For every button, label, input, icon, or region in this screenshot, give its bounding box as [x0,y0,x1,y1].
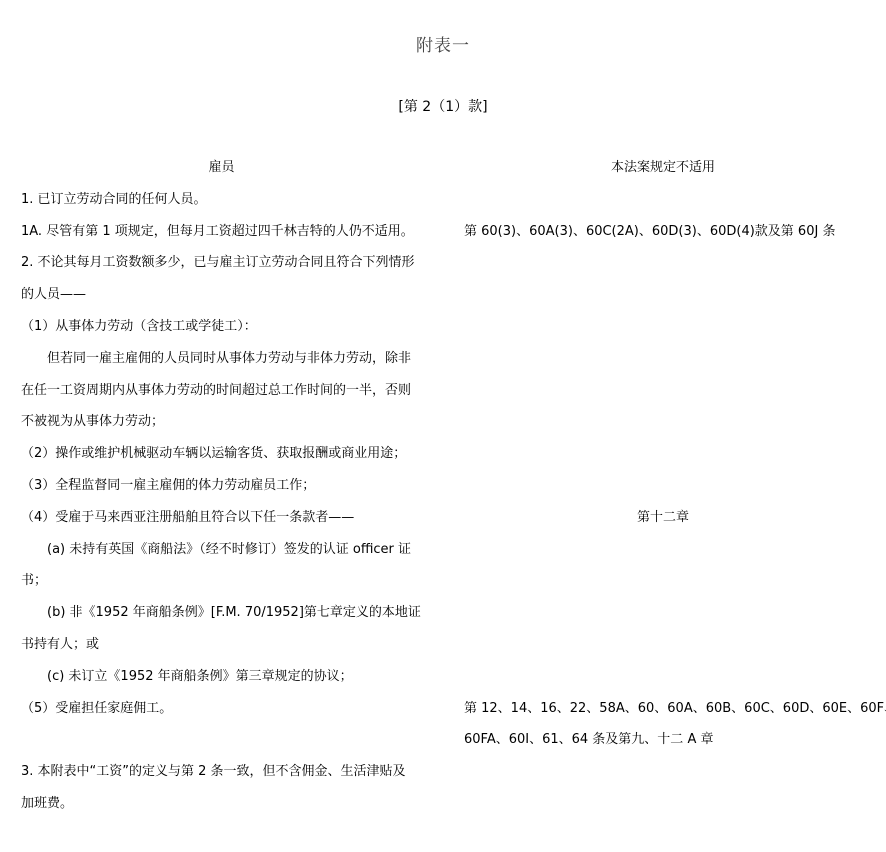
sub-item-4a-line-1: (a) 未持有英国《商船法》（经不时修订）签发的认证 officer 证 [21,534,423,566]
sub-item-5-exclusion-line-1: 第 12、14、16、22、58A、60、60A、60B、60C、60D、60E… [464,693,868,725]
sub-item-4a-line-2: 书； [21,565,423,597]
spacer [464,279,868,311]
spacer [464,406,868,438]
spacer [464,375,868,407]
page-title: 附表一 [0,31,886,56]
item-3-line-1: 3. 本附表中“工资”的定义与第 2 条一致，但不含佣金、生活津贴及 [21,756,423,788]
sub-item-4c: (c) 未订立《1952 年商船条例》第三章规定的协议； [21,661,423,693]
sub-item-4b-line-1: (b) 非《1952 年商船条例》[F.M. 70/1952]第七章定义的本地证 [21,597,423,629]
spacer [464,247,868,279]
sub-item-1-proviso-line-2: 在任一工资周期内从事体力劳动的时间超过总工作时间的一半，否则 [21,375,423,407]
spacer [464,470,868,502]
sub-item-4: （4）受雇于马来西亚注册船舶且符合以下任一条款者—— [21,502,423,534]
spacer [464,343,868,375]
sub-item-3: （3）全程监督同一雇主雇佣的体力劳动雇员工作； [21,470,423,502]
sub-item-1-proviso-line-1: 但若同一雇主雇佣的人员同时从事体力劳动与非体力劳动，除非 [21,343,423,375]
employee-column: 雇员 1. 已订立劳动合同的任何人员。 1A. 尽管有第 1 项规定，但每月工资… [21,152,423,820]
exclusions-column: 本法案规定不适用 第 60(3)、60A(3)、60C(2A)、60D(3)、6… [464,152,868,756]
spacer [464,565,868,597]
item-2-line-1: 2. 不论其每月工资数额多少，已与雇主订立劳动合同且符合下列情形 [21,247,423,279]
sub-item-4-exclusion: 第十二章 [443,502,883,534]
section-reference: [第 2（1）款] [0,96,886,116]
column-header-employee: 雇员 [0,152,443,184]
item-1a: 1A. 尽管有第 1 项规定，但每月工资超过四千林吉特的人仍不适用。 [21,216,423,248]
item-3-line-2: 加班费。 [21,788,423,820]
sub-item-1: （1）从事体力劳动（含技工或学徒工）： [21,311,423,343]
sub-item-5-exclusion-line-2: 60FA、60I、61、64 条及第九、十二 A 章 [464,724,868,756]
item-1: 1. 已订立劳动合同的任何人员。 [21,184,423,216]
sub-item-2: （2）操作或维护机械驱动车辆以运输客货、获取报酬或商业用途； [21,438,423,470]
spacer [21,724,423,756]
item-2-line-2: 的人员—— [21,279,423,311]
sub-item-1-proviso-line-3: 不被视为从事体力劳动； [21,406,423,438]
spacer [464,661,868,693]
spacer [464,438,868,470]
sub-item-4b-line-2: 书持有人；或 [21,629,423,661]
item-1a-exclusion: 第 60(3)、60A(3)、60C(2A)、60D(3)、60D(4)款及第 … [464,216,868,248]
spacer [464,184,868,216]
spacer [464,311,868,343]
column-header-exclusions: 本法案规定不适用 [443,152,883,184]
spacer [464,629,868,661]
sub-item-5: （5）受雇担任家庭佣工。 [21,693,423,725]
spacer [464,534,868,566]
spacer [464,597,868,629]
